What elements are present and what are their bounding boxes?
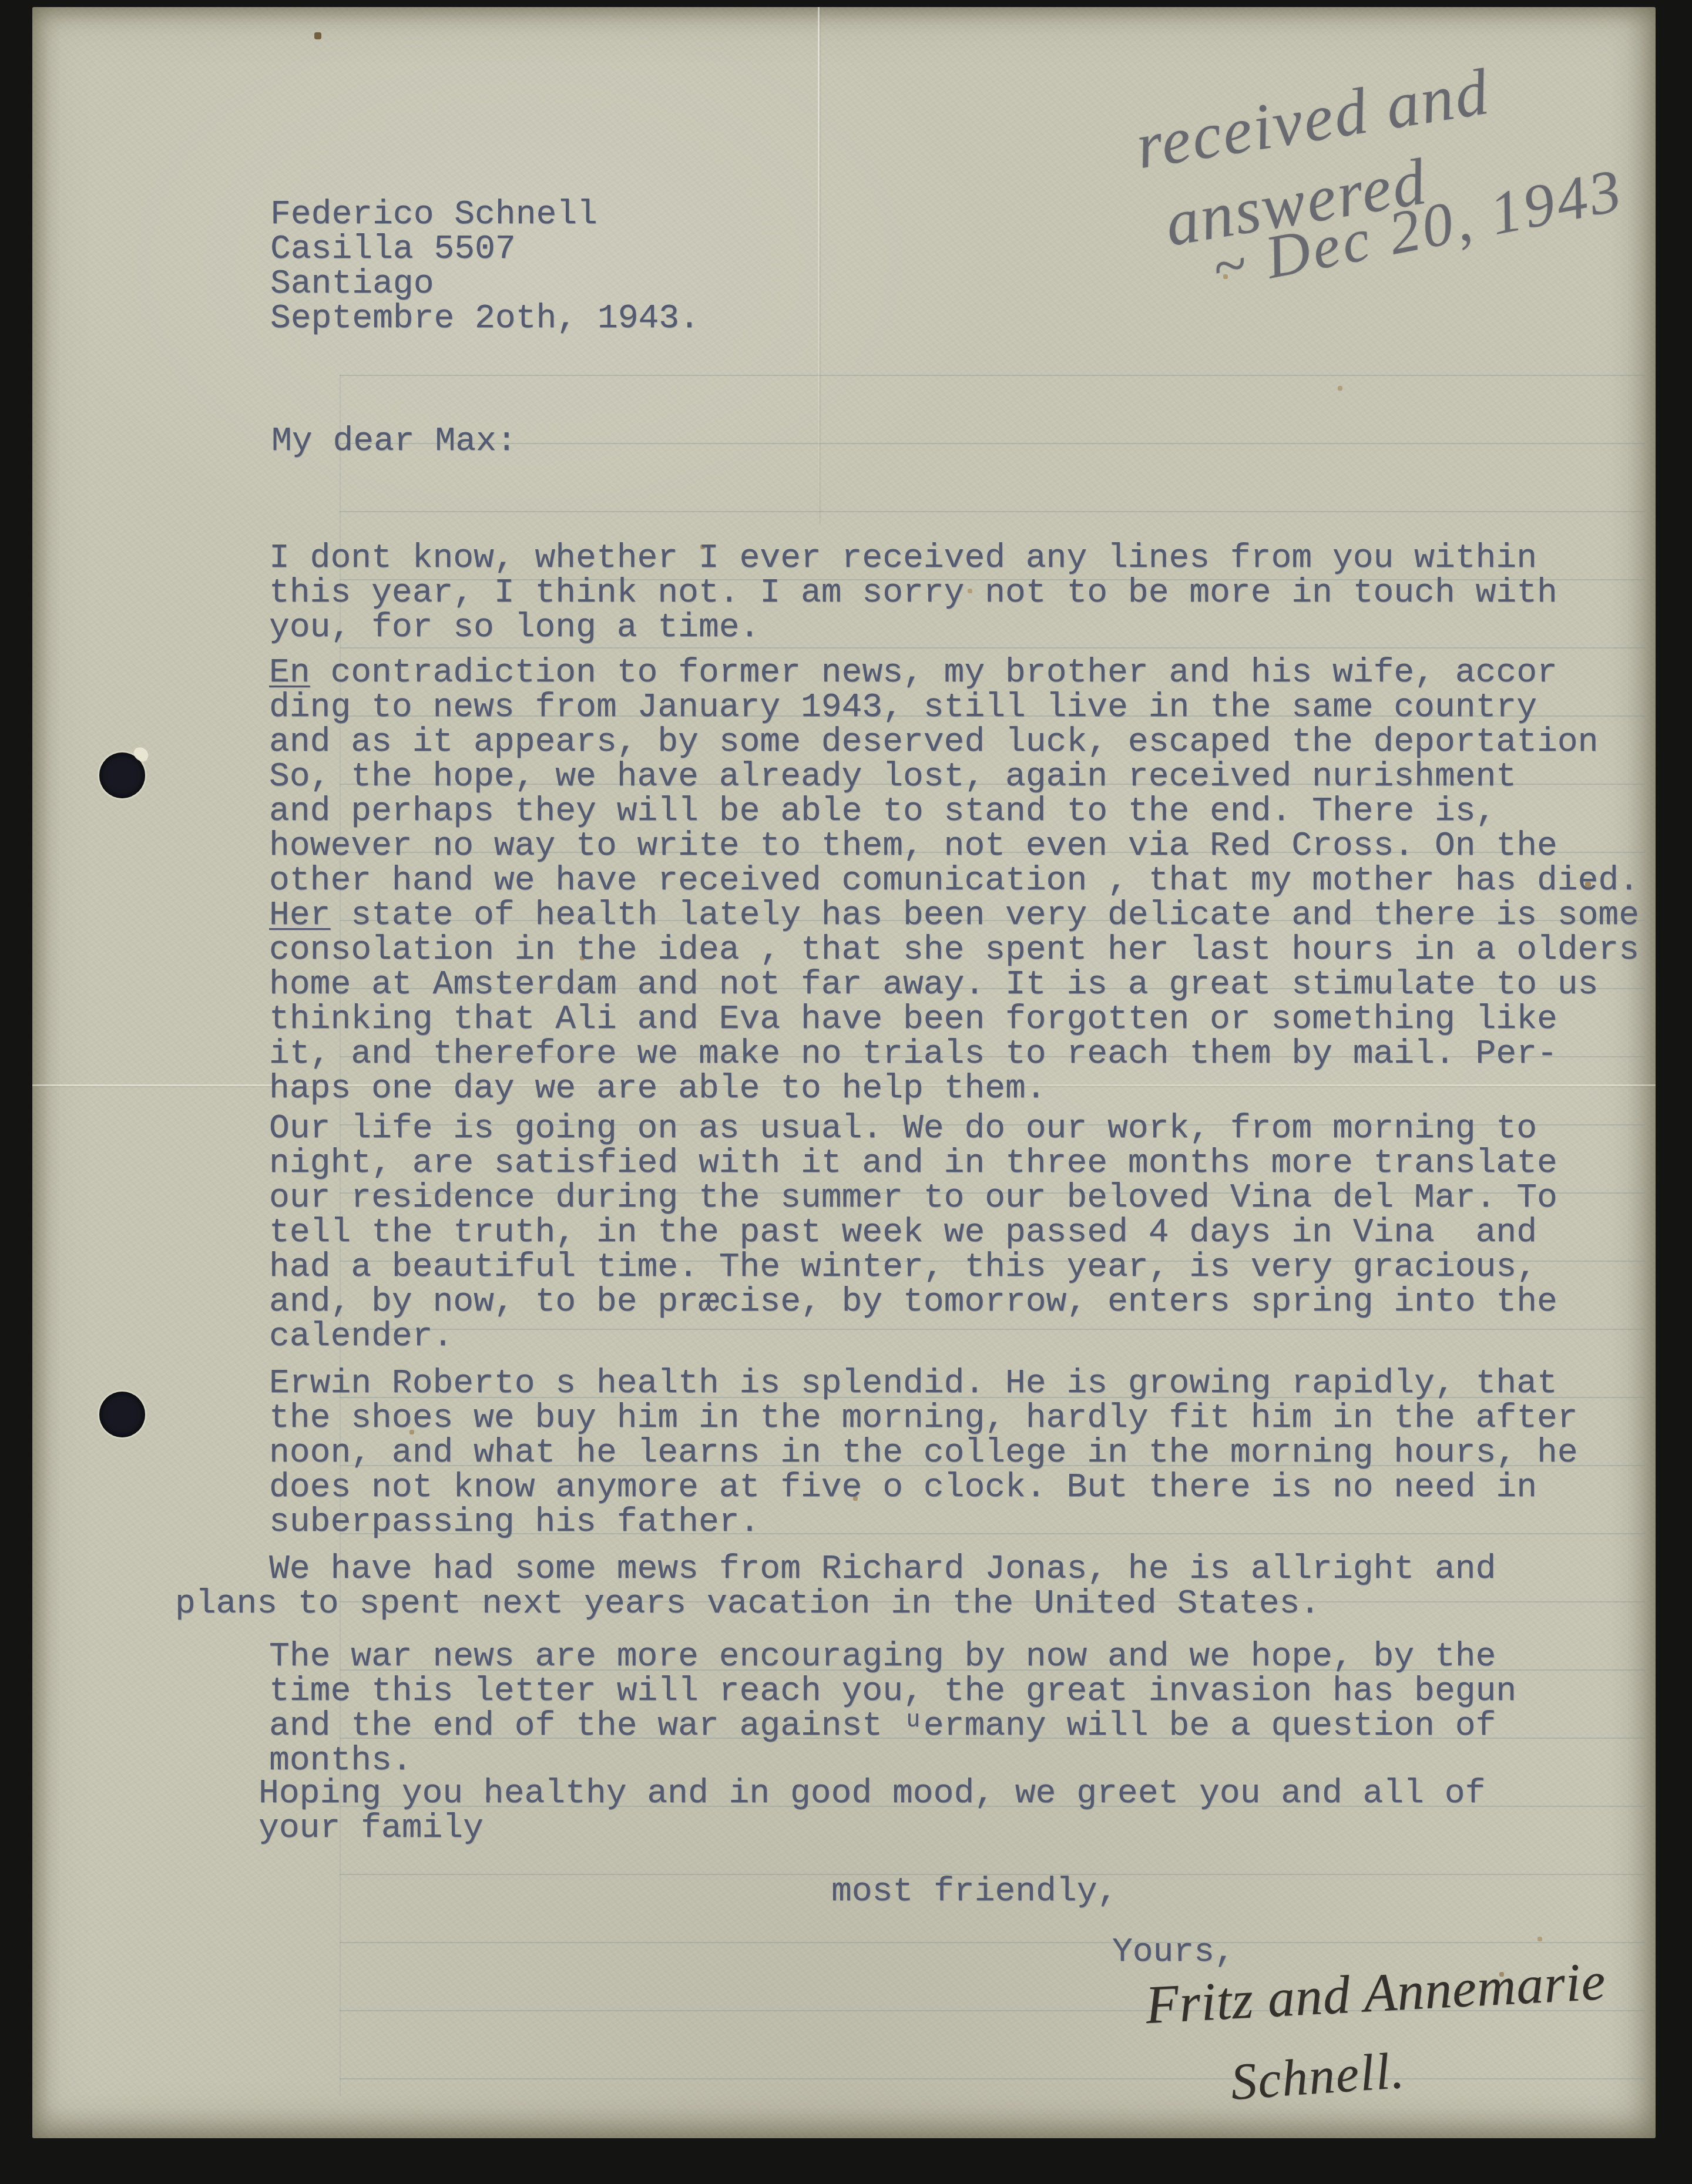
typed-line: night, are satisfied with it and in thre…: [269, 1146, 1557, 1181]
closing-most-friendly: most friendly,: [831, 1874, 1117, 1909]
typed-line: En contradiction to former news, my brot…: [269, 656, 1639, 690]
typed-line: months.: [269, 1743, 1516, 1778]
typed-line: thinking that Ali and Eva have been forg…: [269, 1002, 1639, 1037]
typed-line: plans to spent next years vacation in th…: [175, 1587, 1496, 1621]
typed-line: haps one day we are able to help them.: [269, 1071, 1639, 1106]
typed-line: Her state of health lately has been very…: [269, 898, 1639, 933]
typed-line: suberpassing his father.: [269, 1505, 1578, 1540]
typed-line: I dont know, whether I ever received any…: [269, 541, 1557, 576]
typed-line: this year, I think not. I am sorry not t…: [269, 576, 1557, 610]
typed-line: and perhaps they will be able to stand t…: [269, 794, 1639, 829]
typed-line: and, by now, to be præcise, by tomorrow,…: [269, 1285, 1557, 1319]
typed-line: tell the truth, in the past week we pass…: [269, 1215, 1557, 1250]
closing-yours: Yours,: [1112, 1935, 1235, 1970]
scanned-letter-page: { "letter": { "sender_block": [ "Federic…: [0, 0, 1692, 2184]
typed-line: Septembre 2oth, 1943.: [270, 301, 700, 336]
typed-line: time this letter will reach you, the gre…: [269, 1674, 1516, 1709]
foxing-specks: [0, 0, 1, 1]
typed-line: The war news are more encouraging by now…: [269, 1639, 1516, 1674]
punch-hole-bottom: [99, 1392, 145, 1437]
body-paragraph-2: En contradiction to former news, my brot…: [269, 656, 1639, 1106]
punch-hole-top: [99, 752, 145, 798]
salutation: My dear Max:: [271, 424, 517, 459]
typed-line: Federico Schnell: [270, 197, 700, 232]
typed-line: Casilla 5507: [270, 232, 700, 267]
body-paragraph-4: Erwin Roberto s health is splendid. He i…: [269, 1366, 1578, 1540]
underlined-word: Her: [269, 896, 330, 935]
typed-line: Santiago: [270, 267, 700, 301]
signature-surname: Schnell.: [1228, 2041, 1406, 2112]
typed-line: you, for so long a time.: [269, 610, 1557, 645]
typed-line: So, the hope, we have already lost, agai…: [269, 760, 1639, 794]
typed-line: other hand we have received comunication…: [269, 863, 1639, 898]
typed-line: We have had some mews from Richard Jonas…: [269, 1552, 1496, 1587]
sender-address-block: Federico SchnellCasilla 5507SantiagoSept…: [270, 197, 700, 336]
underlined-word: En: [269, 654, 310, 692]
typed-line: calender.: [269, 1319, 1557, 1354]
typed-line: noon, and what he learns in the college …: [269, 1436, 1578, 1470]
typed-line: consolation in the idea , that she spent…: [269, 933, 1639, 967]
typed-line: the shoes we buy him in the morning, har…: [269, 1401, 1578, 1436]
typed-line: your family: [258, 1811, 1485, 1846]
typed-line: Hoping you healthy and in good mood, we …: [258, 1776, 1485, 1811]
body-paragraph-5: We have had some mews from Richard Jonas…: [269, 1552, 1496, 1621]
body-paragraph-1: I dont know, whether I ever received any…: [269, 541, 1557, 645]
typed-line: it, and therefore we make no trials to r…: [269, 1037, 1639, 1071]
typed-line: ding to news from January 1943, still li…: [269, 690, 1639, 725]
typed-line: our residence during the summer to our b…: [269, 1181, 1557, 1215]
typed-line: does not know anymore at five o clock. B…: [269, 1470, 1578, 1505]
vertical-fold-crease: [818, 7, 820, 524]
body-paragraph-7: Hoping you healthy and in good mood, we …: [258, 1776, 1485, 1846]
body-paragraph-3: Our life is going on as usual. We do our…: [269, 1111, 1557, 1354]
typed-line: home at Amsterdam and not far away. It i…: [269, 967, 1639, 1002]
typed-line: and as it appears, by some deserved luck…: [269, 725, 1639, 760]
typed-line: and the end of the war against ᵘermany w…: [269, 1709, 1516, 1743]
body-paragraph-6: The war news are more encouraging by now…: [269, 1639, 1516, 1778]
typed-line: had a beautiful time. The winter, this y…: [269, 1250, 1557, 1285]
typed-line: Our life is going on as usual. We do our…: [269, 1111, 1557, 1146]
typed-line: however no way to write to them, not eve…: [269, 829, 1639, 863]
typed-line: Erwin Roberto s health is splendid. He i…: [269, 1366, 1578, 1401]
